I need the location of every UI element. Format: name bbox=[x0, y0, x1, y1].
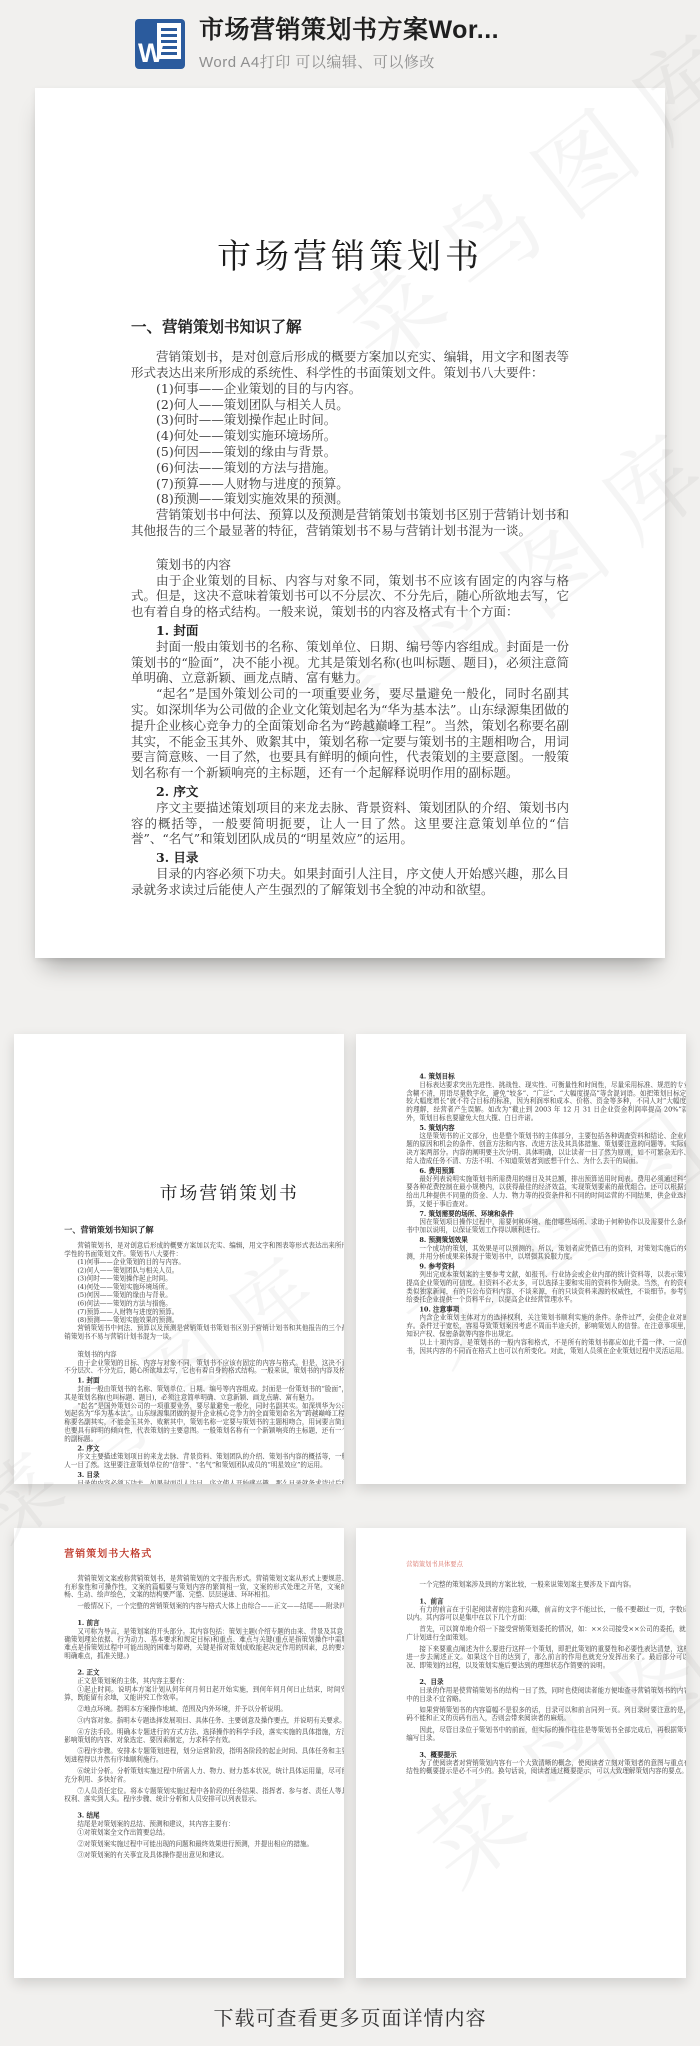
file-header-text: 市场营销策划书方案Wor... Word A4打印 可以编辑、可以修改 bbox=[199, 15, 499, 72]
doc-paragraph: 内含企业策划主体对方的选择权利，关注策划书顺利实施的条件。条件过严，会使企业对感… bbox=[406, 1313, 686, 1338]
document-page-1-preview[interactable]: 市场营销策划书一、营销策划书知识了解营销策划书，是对创意后形成的概要方案加以充实… bbox=[35, 88, 665, 958]
doc-paragraph: 由于企业策划的目标、内容与对象不同，策划书不应该有固定的内容与格式。但是，这决不… bbox=[64, 1358, 344, 1375]
svg-text:W: W bbox=[138, 38, 164, 68]
doc-section-heading: 一、营销策划书知识了解 bbox=[64, 1225, 344, 1233]
doc-paragraph: 目录的内容必须下功夫。如果封面引人注目，序文使人开始感兴趣，那么目录就务求读过后… bbox=[64, 1479, 344, 1484]
doc-paragraph: ④方法手段。明确本专题进行的方式方法、选择操作的科学手段，落实实施的具体措施，方… bbox=[64, 1727, 344, 1744]
doc-paragraph: ⑥统计分析。分析策划实施过程中所需人力、物力、财力基本状况，统计具体运用量，尽可… bbox=[64, 1767, 344, 1784]
doc-list-line: (5)何因——策划的缘由与背景。 bbox=[131, 444, 569, 460]
doc-list-line: (1)何事——企业策划的目的与内容。 bbox=[131, 381, 569, 397]
doc-paragraph: ②地点环境。指明本方案操作地域、范围及内外环境，并予以分析说明。 bbox=[64, 1705, 344, 1713]
doc-subsection-heading: 3. 结尾 bbox=[64, 1811, 344, 1819]
doc-subsection-heading: 2. 序文 bbox=[131, 784, 569, 800]
doc-paragraph: 营销策划书，是对创意后形成的概要方案加以充实、编辑，用文字和图表等形式表达出来所… bbox=[64, 1241, 344, 1258]
doc-red-subhead: 营销策划书具体要点 bbox=[406, 1560, 686, 1568]
doc-paragraph: 一个完整的策划案涉及到的方案比较，一般来说策划案主要涉及下面内容。 bbox=[406, 1580, 686, 1588]
template-preview-page: W 市场营销策划书方案Wor... Word A4打印 可以编辑、可以修改 市场… bbox=[0, 0, 700, 2031]
doc-list-line: (1)何事——企业策划的目的与内容。 bbox=[64, 1258, 344, 1266]
doc-subsection-heading: 9. 参考资料 bbox=[406, 1262, 686, 1270]
doc-paragraph: 目录的作用是使营销策划书的结构一目了然，同时也使阅读者能方便地查寻营销策划书的内… bbox=[406, 1686, 686, 1703]
doc-paragraph: 以上十项内容，是策划书的一般内容和格式，不是所有的策划书都应如此千篇一律、一应俱… bbox=[406, 1338, 686, 1355]
doc-paragraph: ⑦人员责任定位。将本专题策划实施过程中各阶段的任务结果、指挥者、参与者、责任人等… bbox=[64, 1787, 344, 1804]
doc-paragraph: 目标表达要求突出先进性、挑战性、现实性、可衡量性和时间性，尽量采用标准、规范的专… bbox=[406, 1081, 686, 1122]
doc-paragraph: 因在策划项目操作过程中，需要何种环境、能借哪些场所、求助于何种协作以及需要什么条… bbox=[406, 1218, 686, 1235]
doc-subhead: 策划书的内容 bbox=[131, 557, 569, 573]
doc-paragraph: “起名”是国外策划公司的一项重要业务，要尽量避免一般化，同时名副其实。如深圳华为… bbox=[131, 686, 569, 781]
preview-area: 市场营销策划书一、营销策划书知识了解营销策划书，是对创意后形成的概要方案加以充实… bbox=[0, 88, 700, 2031]
doc-paragraph: 营销策划文案或称营销策划书，是营销策划的文字报告形式。营销策划文案从形式上要规范… bbox=[64, 1574, 344, 1599]
file-title: 市场营销策划书方案Wor... bbox=[199, 15, 499, 45]
doc-subsection-heading: 1. 前言 bbox=[64, 1619, 344, 1627]
doc-paragraph: ①对策划案全文作出简要总结。 bbox=[64, 1828, 344, 1836]
doc-subsection-heading: 2. 正文 bbox=[64, 1668, 344, 1676]
thumbnail-page-1[interactable]: 市场营销策划书一、营销策划书知识了解营销策划书，是对创意后形成的概要方案加以充实… bbox=[14, 1034, 344, 1484]
doc-subsection-heading: 3、概要提示 bbox=[406, 1750, 686, 1758]
doc-list-line: (4)何处——策划实施环境场所。 bbox=[64, 1283, 344, 1291]
doc-paragraph: ③内容对象。指明本专题选择发展项目、具体任务、主要创意及操作要点，并说明有关要求… bbox=[64, 1716, 344, 1724]
doc-title: 市场营销策划书 bbox=[131, 236, 569, 279]
doc-paragraph: 序文主要描述策划项目的来龙去脉、背景资料、策划团队的介绍、策划书内容的概括等，一… bbox=[131, 800, 569, 847]
doc-paragraph: 封面一般由策划书的名称、策划单位、日期、编号等内容组成。封面是一份策划书的“脸面… bbox=[131, 639, 569, 686]
doc-list-line: (2)何人——策划团队与相关人员。 bbox=[131, 397, 569, 413]
doc-subsection-heading: 6. 费用预算 bbox=[406, 1166, 686, 1174]
doc-subsection-heading: 2. 序文 bbox=[64, 1444, 344, 1452]
doc-paragraph: 封面一般由策划书的名称、策划单位、日期、编号等内容组成。封面是一份策划书的“脸面… bbox=[64, 1385, 344, 1402]
doc-paragraph: 一般情况下，一个完整的营销策划案的内容与格式大体上由综合——正文——结尾——附录… bbox=[64, 1602, 344, 1610]
word-file-icon: W bbox=[134, 18, 186, 70]
thumbnail-page-2[interactable]: 4. 策划目标目标表达要求突出先进性、挑战性、现实性、可衡量性和时间性，尽量采用… bbox=[356, 1034, 686, 1484]
thumbnail-page-3[interactable]: 营销策划书大格式营销策划文案或称营销策划书，是营销策划的文字报告形式。营销策划文… bbox=[14, 1528, 344, 1978]
page-1-content: 市场营销策划书一、营销策划书知识了解营销策划书，是对创意后形成的概要方案加以充实… bbox=[35, 236, 665, 898]
doc-subsection-heading: 1. 封面 bbox=[131, 623, 569, 639]
file-subtitle: Word A4打印 可以编辑、可以修改 bbox=[199, 51, 499, 72]
doc-subsection-heading: 1、前言 bbox=[406, 1597, 686, 1605]
thumbnail-page-1-content: 市场营销策划书一、营销策划书知识了解营销策划书，是对创意后形成的概要方案加以充实… bbox=[14, 1182, 344, 1484]
thumbnail-page-3-content: 营销策划书大格式营销策划文案或称营销策划书，是营销策划的文字报告形式。营销策划文… bbox=[14, 1528, 344, 1859]
thumbnail-page-4-content: 营销策划书具体要点一个完整的策划案涉及到的方案比较，一般来说策划案主要涉及下面内… bbox=[356, 1528, 686, 1775]
doc-subsection-heading: 7. 策划需要的场所、环境和条件 bbox=[406, 1209, 686, 1217]
doc-list-line: 正文是策划案的主体，其内容主要有： bbox=[64, 1677, 344, 1685]
doc-paragraph: “起名”是国外策划公司的一项重要业务，要尽量避免一般化，同时名副其实。如深圳华为… bbox=[64, 1401, 344, 1442]
doc-paragraph: ①起止时间。说明本方案计划从何年何月何日起开始实施，到何年何月何日止结束，时间安… bbox=[64, 1685, 344, 1702]
doc-subsection-heading: 2、目录 bbox=[406, 1678, 686, 1686]
doc-list-line: (8)预测——策划实施效果的预测。 bbox=[131, 491, 569, 507]
doc-paragraph: 营销策划书中何法、预算以及预测是营销策划书策划书区别于营销计划书和其他报告的三个… bbox=[64, 1324, 344, 1341]
doc-paragraph: 又可称为导言，是策划案的开头部分。其内容包括：策划主题(介绍专题的由来、背景及其… bbox=[64, 1627, 344, 1660]
doc-paragraph: 列出完成本策划案的主要参考文献，如报刊、行业协会或企业内部的统计资料等，以表示策… bbox=[406, 1270, 686, 1303]
file-header: W 市场营销策划书方案Wor... Word A4打印 可以编辑、可以修改 bbox=[0, 0, 700, 88]
doc-paragraph: 如果营销策划书的内容篇幅不是很多的话，目录可以和前言同列一页。列目录时要注意的是… bbox=[406, 1706, 686, 1723]
doc-subsection-heading: 8. 预测策划效果 bbox=[406, 1236, 686, 1244]
doc-list-line: (5)何因——策划的缘由与背景。 bbox=[64, 1291, 344, 1299]
doc-subsection-heading: 3. 目录 bbox=[64, 1471, 344, 1479]
doc-list-line: (2)何人——策划团队与相关人员。 bbox=[64, 1266, 344, 1274]
doc-subhead: 策划书的内容 bbox=[64, 1350, 344, 1358]
doc-paragraph: 由于企业策划的目标、内容与对象不同，策划书不应该有固定的内容与格式。但是，这决不… bbox=[131, 573, 569, 620]
doc-paragraph: 目录的内容必须下功夫。如果封面引人注目，序文使人开始感兴趣，那么目录就务求读过后… bbox=[131, 866, 569, 898]
doc-list-line: (7)预算——人财物与进度的预算。 bbox=[131, 476, 569, 492]
thumbnail-page-2-content: 4. 策划目标目标表达要求突出先进性、挑战性、现实性、可衡量性和时间性，尽量采用… bbox=[356, 1034, 686, 1355]
doc-section-heading: 一、营销策划书知识了解 bbox=[131, 319, 569, 335]
doc-list-line: (6)何法——策划的方法与措施。 bbox=[131, 460, 569, 476]
doc-paragraph: 营销策划书中何法、预算以及预测是营销策划书策划书区别于营销计划书和其他报告的三个… bbox=[131, 507, 569, 539]
doc-list-line: (7)预算——人财物与进度的预算。 bbox=[64, 1308, 344, 1316]
doc-list-line: (4)何处——策划实施环境场所。 bbox=[131, 428, 569, 444]
doc-paragraph: ③对策划案的有关事宜及具体操作提出意见和建议。 bbox=[64, 1851, 344, 1859]
doc-paragraph: 接下来要重点阐述为什么要进行这样一个策划，即把此策划的重要性和必要性表达清楚，这… bbox=[406, 1645, 686, 1670]
doc-subsection-heading: 4. 策划目标 bbox=[406, 1072, 686, 1080]
doc-paragraph: 一个成功的策划，其效果是可以预测的。所以，策划者应凭借已有的资料，对策划实施后的… bbox=[406, 1244, 686, 1261]
doc-paragraph: 首先，可以简单地介绍一下接受营销策划委托的情况，如：××公司接受××公司的委托，… bbox=[406, 1625, 686, 1642]
doc-paragraph: 序文主要描述策划项目的来龙去脉、背景资料、策划团队的介绍、策划书内容的概括等，一… bbox=[64, 1453, 344, 1470]
doc-subsection-heading: 5. 策划内容 bbox=[406, 1123, 686, 1131]
doc-paragraph: 有力的前言在于引起阅读者的注意和兴趣，前言的文字不能过长，一般不要超过一页，字数… bbox=[406, 1605, 686, 1622]
page-thumbnails-grid: 市场营销策划书一、营销策划书知识了解营销策划书，是对创意后形成的概要方案加以充实… bbox=[14, 1034, 686, 1978]
doc-title: 市场营销策划书 bbox=[64, 1182, 344, 1204]
doc-paragraph: 因此，尽管目录位于策划书中的前面，但实际的操作往往是等策划书全部完成后，再根据策… bbox=[406, 1725, 686, 1742]
thumbnail-page-4[interactable]: 营销策划书具体要点一个完整的策划案涉及到的方案比较，一般来说策划案主要涉及下面内… bbox=[356, 1528, 686, 1978]
doc-list-line: (3)何时——策划操作起止时间。 bbox=[64, 1274, 344, 1282]
doc-list-line: 结尾是对策划案的总结、预测和建议，其内容主要有： bbox=[64, 1820, 344, 1828]
doc-red-title: 营销策划书大格式 bbox=[64, 1550, 344, 1558]
doc-subsection-heading: 1. 封面 bbox=[64, 1376, 344, 1384]
doc-list-line: (3)何时——策划操作起止时间。 bbox=[131, 412, 569, 428]
doc-paragraph: 这是策划书的正文部分，也是整个策划书的主体部分，主要包括各种调查资料和结论、企业… bbox=[406, 1132, 686, 1165]
doc-paragraph: ⑤程序步骤。安排本专题策划进程，划分运营阶段，指明各阶段的起止时间、具体任务和主… bbox=[64, 1747, 344, 1764]
doc-paragraph: 为了使阅读者对营销策划内容有一个大致清晰的概念，使阅读者立刻对策划者的意图与重点… bbox=[406, 1759, 686, 1776]
doc-paragraph: ②对策划案实施过程中可能出现的问题和最终效果进行预测，并提出相应的措施。 bbox=[64, 1839, 344, 1847]
doc-subsection-heading: 10. 注意事项 bbox=[406, 1305, 686, 1313]
doc-list-line: (6)何法——策划的方法与措施。 bbox=[64, 1299, 344, 1307]
doc-list-line: (8)预测——策划实施效果的预测。 bbox=[64, 1316, 344, 1324]
doc-paragraph: 营销策划书，是对创意后形成的概要方案加以充实、编辑，用文字和图表等形式表达出来所… bbox=[131, 349, 569, 381]
doc-subsection-heading: 3. 目录 bbox=[131, 850, 569, 866]
footer-note: 下载可查看更多页面详情内容 bbox=[0, 2002, 700, 2031]
doc-paragraph: 最好列表说明实施策划书所需费用的细目及其总额，排出预算适用时间表。费用必须通过科… bbox=[406, 1175, 686, 1208]
